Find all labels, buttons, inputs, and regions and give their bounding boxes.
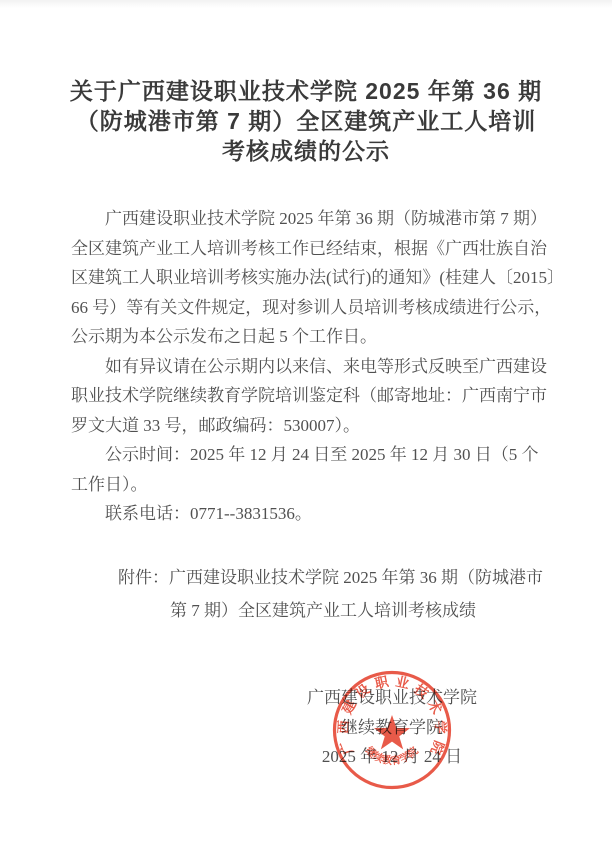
paragraph-contact-phone: 联系电话：0771--3831536。	[71, 499, 551, 529]
text-line: 如有异议请在公示期内以来信、来电等形式反映至广西建设	[71, 352, 551, 382]
text-line: 工作日）。	[71, 470, 551, 500]
text-line: 联系电话：0771--3831536。	[71, 499, 551, 529]
text-line: 关于广西建设职业技术学院 2025 年第 36 期	[0, 76, 612, 106]
text-line: 公示期为本公示发布之日起 5 个工作日。	[71, 322, 551, 352]
signature-date: 2025 年 12 月 24 日	[272, 742, 512, 772]
text-line: 66 号）等有关文件规定，现对参训人员培训考核成绩进行公示，	[71, 293, 551, 323]
public-notice-document: 关于广西建设职业技术学院 2025 年第 36 期（防城港市第 7 期）全区建筑…	[0, 0, 612, 851]
paragraph-objection: 如有异议请在公示期内以来信、来电等形式反映至广西建设职业技术学院继续教育学院培训…	[71, 352, 551, 441]
signature-organization: 广西建设职业技术学院	[272, 683, 512, 713]
signature-block: 广西建设职业技术学院 继续教育学院 2025 年 12 月 24 日	[272, 683, 512, 772]
text-line: 广西建设职业技术学院 2025 年第 36 期（防城港市第 7 期）	[71, 204, 551, 234]
signature-department: 继续教育学院	[272, 713, 512, 743]
text-line: 全区建筑产业工人培训考核工作已经结束，根据《广西壮族自治	[71, 234, 551, 264]
text-line: 考核成绩的公示	[0, 136, 612, 166]
notice-title: 关于广西建设职业技术学院 2025 年第 36 期（防城港市第 7 期）全区建筑…	[0, 76, 612, 166]
attachment-block: 附件：广西建设职业技术学院 2025 年第 36 期（防城港市 第 7 期）全区…	[71, 561, 551, 627]
paragraph-publicity-period: 公示时间：2025 年 12 月 24 日至 2025 年 12 月 30 日（…	[71, 440, 551, 499]
text-line: 罗文大道 33 号，邮政编码：530007）。	[71, 411, 551, 441]
text-line: 公示时间：2025 年 12 月 24 日至 2025 年 12 月 30 日（…	[71, 440, 551, 470]
text-line: （防城港市第 7 期）全区建筑产业工人培训	[0, 106, 612, 136]
attachment-line: 第 7 期）全区建筑产业工人培训考核成绩	[170, 594, 551, 627]
text-line: 区建筑工人职业培训考核实施办法(试行)的通知》(桂建人〔2015〕	[71, 263, 551, 293]
notice-body: 广西建设职业技术学院 2025 年第 36 期（防城港市第 7 期）全区建筑产业…	[71, 204, 551, 529]
scan-edge-shadow	[0, 0, 612, 8]
paragraph-intro: 广西建设职业技术学院 2025 年第 36 期（防城港市第 7 期）全区建筑产业…	[71, 204, 551, 352]
attachment-line: 附件：广西建设职业技术学院 2025 年第 36 期（防城港市	[118, 561, 551, 594]
text-line: 职业技术学院继续教育学院培训鉴定科（邮寄地址：广西南宁市	[71, 381, 551, 411]
